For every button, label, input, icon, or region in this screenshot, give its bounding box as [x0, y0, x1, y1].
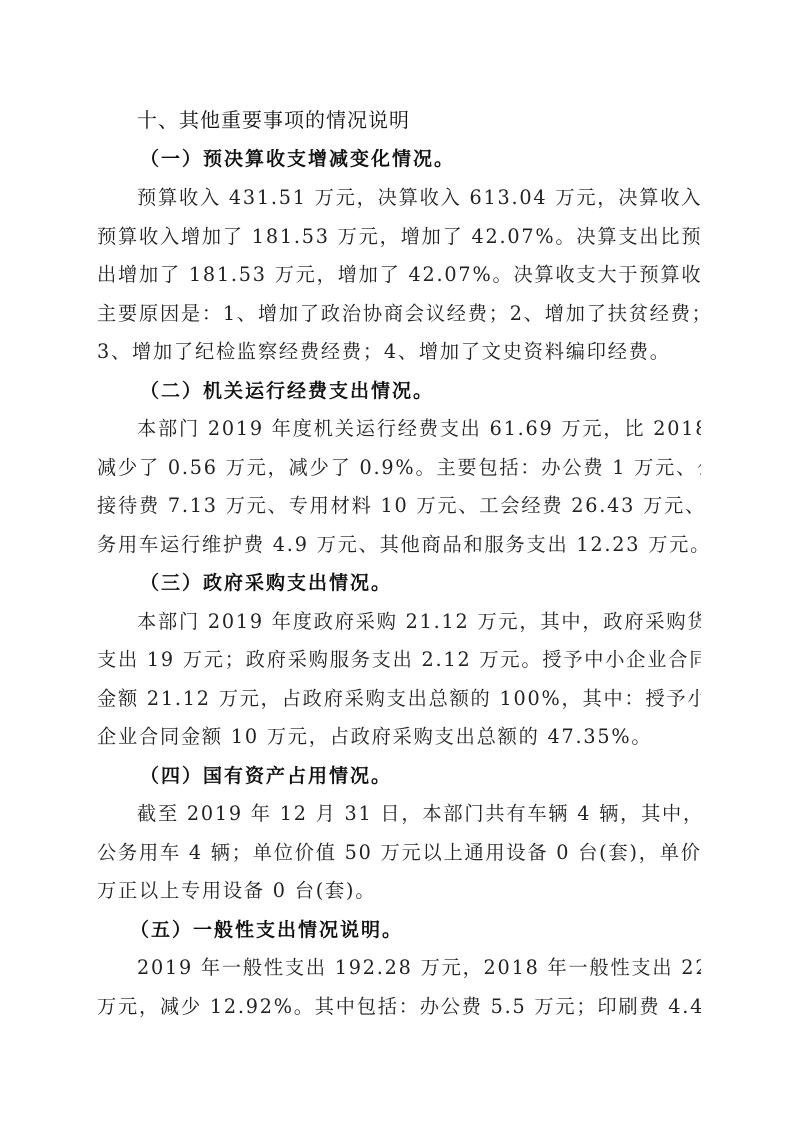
subsection-heading-3: （三）政府采购支出情况。	[140, 568, 392, 598]
paragraph-line: 企业合同金额 10 万元，占政府采购支出总额的 47.35%。	[97, 722, 701, 752]
subsection-heading-5: （五）一般性支出情况说明。	[130, 915, 403, 945]
paragraph-line: 3、增加了纪检监察经费经费；4、增加了文史资料编印经费。	[97, 337, 701, 367]
paragraph-line: 2019 年一般性支出 192.28 万元，2018 年一般性支出 220.82	[137, 953, 701, 983]
paragraph-line: 本部门 2019 年度政府采购 21.12 万元，其中，政府采购货物	[137, 607, 701, 637]
paragraph-line: 预算收入增加了 181.53 万元，增加了 42.07%。决算支出比预算支	[97, 222, 701, 252]
paragraph-line: 主要原因是：1、增加了政治协商会议经费；2、增加了扶贫经费；	[97, 299, 701, 329]
subsection-heading-4: （四）国有资产占用情况。	[140, 761, 392, 791]
document-page: 十、其他重要事项的情况说明 （一）预决算收支增减变化情况。 预算收入 431.5…	[0, 0, 793, 1122]
paragraph-line: 支出 19 万元；政府采购服务支出 2.12 万元。授予中小企业合同	[97, 645, 701, 675]
paragraph-line: 预算收入 431.51 万元，决算收入 613.04 万元，决算收入比	[137, 183, 701, 213]
paragraph-line: 截至 2019 年 12 月 31 日，本部门共有车辆 4 辆，其中，一般	[137, 799, 701, 829]
subsection-heading-2: （二）机关运行经费支出情况。	[140, 376, 434, 406]
paragraph-line: 接待费 7.13 万元、专用材料 10 万元、工会经费 26.43 万元、公	[97, 491, 701, 521]
paragraph-line: 务用车运行维护费 4.9 万元、其他商品和服务支出 12.23 万元。	[97, 530, 701, 560]
section-title: 十、其他重要事项的情况说明	[137, 105, 410, 135]
paragraph-line: 公务用车 4 辆；单位价值 50 万元以上通用设备 0 台(套)，单价 100	[97, 838, 701, 868]
paragraph-line: 金额 21.12 万元，占政府采购支出总额的 100%，其中：授予小微	[97, 684, 701, 714]
paragraph-line: 出增加了 181.53 万元，增加了 42.07%。决算收支大于预算收支的	[97, 260, 701, 290]
paragraph-line: 万正以上专用设备 0 台(套)。	[97, 876, 701, 906]
paragraph-line: 万元，减少 12.92%。其中包括：办公费 5.5 万元；印刷费 4.4 万	[97, 992, 701, 1022]
paragraph-line: 本部门 2019 年度机关运行经费支出 61.69 万元，比 2018 年	[137, 414, 701, 444]
subsection-heading-1: （一）预决算收支增减变化情况。	[140, 144, 455, 174]
paragraph-line: 减少了 0.56 万元，减少了 0.9%。主要包括：办公费 1 万元、公务	[97, 453, 701, 483]
